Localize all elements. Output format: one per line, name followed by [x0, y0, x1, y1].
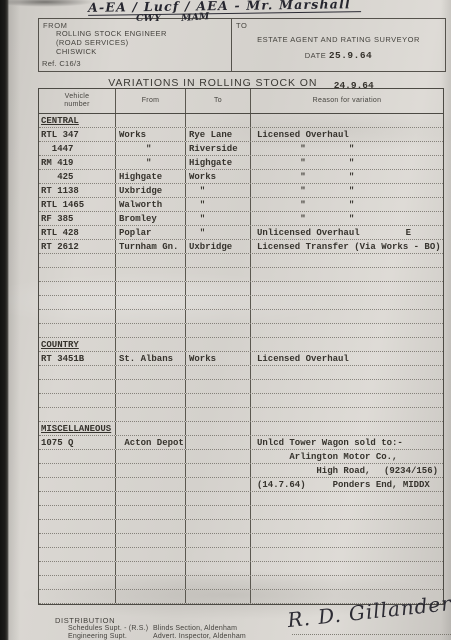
from-line-3: CHISWICK [56, 47, 167, 56]
date-value: 25.9.64 [329, 50, 372, 61]
table-row: 425HighgateWorks " " [39, 170, 443, 184]
table-row: 1447 "Riverside " " [39, 142, 443, 156]
to-cell [186, 268, 251, 281]
section-heading: CENTRAL [41, 116, 115, 126]
to-cell [186, 310, 251, 323]
to-cell: Uxbridge [186, 240, 251, 253]
vehicle-number-cell: 425 [39, 170, 116, 183]
from-cell [116, 590, 186, 603]
vehicle-number-cell [39, 254, 116, 267]
to-cell: " [186, 198, 251, 211]
blank-row [39, 394, 443, 408]
date-line: DATE 25.9.64 [232, 50, 445, 61]
from-cell: Turnham Gn. [116, 240, 186, 253]
from-cell [116, 338, 186, 351]
vehicle-number-cell [39, 534, 116, 547]
table-row: (14.7.64) Ponders End, MIDDX [39, 478, 443, 492]
distribution-column-2: Blinds Section, Aldenham Advert. Inspect… [153, 625, 246, 640]
from-cell [116, 310, 186, 323]
vehicle-number-cell [39, 548, 116, 561]
from-cell [116, 562, 186, 575]
from-cell [116, 296, 186, 309]
reason-cell [251, 394, 443, 407]
from-cell: " [116, 142, 186, 155]
from-cell [116, 478, 186, 491]
from-cell: Poplar [116, 226, 186, 239]
handwritten-initials-mam: MAM [181, 11, 210, 24]
section-row: CENTRAL [39, 114, 443, 128]
reason-text: " " [257, 200, 443, 210]
from-cell: Highgate [116, 170, 186, 183]
blank-row [39, 562, 443, 576]
from-cell [116, 394, 186, 407]
blank-row [39, 548, 443, 562]
from-cell [116, 268, 186, 281]
from-cell [116, 324, 186, 337]
table-row: RT 1138Uxbridge " " " [39, 184, 443, 198]
reason-cell: (14.7.64) Ponders End, MIDDX [251, 478, 443, 491]
distribution-column-1: Schedules Supt. - (R.S.) Engineering Sup… [68, 625, 148, 640]
vehicle-number-cell [39, 394, 116, 407]
from-cell [116, 366, 186, 379]
from-cell: Works [116, 128, 186, 141]
blank-row [39, 324, 443, 338]
reason-text: Licensed Overhaul [257, 354, 443, 364]
vehicle-number-cell: 1075 Q [39, 436, 116, 449]
to-cell [186, 394, 251, 407]
from-cell [116, 520, 186, 533]
blank-row [39, 506, 443, 520]
to-cell: " [186, 226, 251, 239]
blank-row [39, 366, 443, 380]
vehicle-number-cell: RTL 1465 [39, 198, 116, 211]
reason-cell: Licensed Overhaul [251, 128, 443, 141]
reason-cell: " " [251, 198, 443, 211]
reason-cell [251, 310, 443, 323]
reason-cell [251, 324, 443, 337]
to-cell [186, 380, 251, 393]
table-row: RTL 428Poplar "Unlicensed OverhaulE [39, 226, 443, 240]
vehicle-number-cell: RF 385 [39, 212, 116, 225]
blank-row [39, 296, 443, 310]
section-heading: COUNTRY [41, 340, 115, 350]
table-row: RTL 1465Walworth " " " [39, 198, 443, 212]
from-cell [116, 506, 186, 519]
vehicle-number-cell [39, 366, 116, 379]
vehicle-number-cell [39, 506, 116, 519]
vehicle-number-cell [39, 324, 116, 337]
vehicle-number-cell [39, 408, 116, 421]
from-cell: Walworth [116, 198, 186, 211]
reason-cell: High Road,(9234/156) [251, 464, 443, 477]
blank-row [39, 268, 443, 282]
vehicle-number-cell [39, 268, 116, 281]
vehicle-number-cell [39, 576, 116, 589]
to-cell [186, 562, 251, 575]
blank-row [39, 408, 443, 422]
reason-cell: Licensed Transfer (Via Works - BO) [251, 240, 443, 253]
reason-cell [251, 548, 443, 561]
reason-text: (14.7.64) Ponders End, MIDDX [257, 480, 443, 490]
reason-cell [251, 366, 443, 379]
from-cell: " [116, 156, 186, 169]
blank-row [39, 310, 443, 324]
column-header-to: To [186, 89, 251, 113]
table-row: RT 3451BSt. AlbansWorksLicensed Overhaul [39, 352, 443, 366]
vehicle-number-cell [39, 310, 116, 323]
from-panel: FROM ROLLING STOCK ENGINEER (ROAD SERVIC… [39, 19, 232, 71]
to-cell: " [186, 184, 251, 197]
from-cell: Bromley [116, 212, 186, 225]
blank-row [39, 492, 443, 506]
column-header-reason: Reason for variation [251, 89, 443, 113]
distribution-item: Engineering Supt. [68, 633, 148, 640]
from-cell [116, 464, 186, 477]
reason-cell [251, 422, 443, 435]
reason-cell [251, 534, 443, 547]
table-row: 1075 Q Acton DepotUnlcd Tower Wagon sold… [39, 436, 443, 450]
to-cell [186, 282, 251, 295]
reason-cell: " " [251, 170, 443, 183]
variations-table: Vehicle number From To Reason for variat… [38, 88, 444, 605]
column-header-vehicle-number: Vehicle number [39, 89, 116, 113]
vehicle-number-cell [39, 450, 116, 463]
to-cell [186, 450, 251, 463]
column-header-from: From [116, 89, 186, 113]
reason-cell [251, 268, 443, 281]
to-cell [186, 408, 251, 421]
reason-text: " " [257, 214, 443, 224]
blank-row [39, 576, 443, 590]
from-to-header-box: FROM ROLLING STOCK ENGINEER (ROAD SERVIC… [38, 18, 446, 72]
reason-text: Arlington Motor Co., [257, 452, 443, 462]
from-cell [116, 548, 186, 561]
vehicle-number-cell: CENTRAL [39, 114, 116, 127]
vehicle-number-cell [39, 492, 116, 505]
reason-cell: Licensed Overhaul [251, 352, 443, 365]
to-cell: Works [186, 352, 251, 365]
reason-cell [251, 492, 443, 505]
from-cell: Uxbridge [116, 184, 186, 197]
reason-annotation: E [406, 228, 438, 238]
reason-cell [251, 562, 443, 575]
to-cell [186, 478, 251, 491]
vehicle-number-cell: RM 419 [39, 156, 116, 169]
reason-cell [251, 576, 443, 589]
vehicle-number-cell [39, 464, 116, 477]
vehicle-number-cell [39, 380, 116, 393]
to-cell [186, 590, 251, 603]
to-cell [186, 324, 251, 337]
to-cell [186, 464, 251, 477]
to-recipient: ESTATE AGENT AND RATING SURVEYOR [232, 35, 445, 44]
reason-text: Unlcd Tower Wagon sold to:- [257, 438, 443, 448]
to-cell [186, 114, 251, 127]
reason-cell: Arlington Motor Co., [251, 450, 443, 463]
from-line-1: ROLLING STOCK ENGINEER [56, 29, 167, 38]
to-cell [186, 422, 251, 435]
vehicle-number-cell: RT 2612 [39, 240, 116, 253]
blank-row [39, 282, 443, 296]
section-row: MISCELLANEOUS [39, 422, 443, 436]
reason-text: " " [257, 186, 443, 196]
reason-text: " " [257, 172, 443, 182]
table-body: CENTRALRTL 347WorksRye LaneLicensed Over… [39, 114, 443, 604]
reason-text: Licensed Transfer (Via Works - BO) [257, 242, 443, 252]
to-cell [186, 366, 251, 379]
vehicle-number-cell: 1447 [39, 142, 116, 155]
to-label: TO [236, 21, 247, 30]
reason-text: " " [257, 144, 443, 154]
date-label: DATE [305, 51, 326, 60]
handwritten-routing-note: A-EA / Lucf / AEA - Mr. Marshall [88, 0, 361, 16]
reason-cell [251, 296, 443, 309]
vehicle-number-cell: MISCELLANEOUS [39, 422, 116, 435]
table-row: Arlington Motor Co., [39, 450, 443, 464]
from-address: ROLLING STOCK ENGINEER (ROAD SERVICES) C… [56, 29, 167, 56]
blank-row [39, 534, 443, 548]
reason-cell: " " [251, 212, 443, 225]
scanned-document-page: A-EA / Lucf / AEA - Mr. Marshall CWY MAM… [0, 0, 451, 640]
handwritten-initials-cwy: CWY [136, 13, 161, 24]
distribution-item: Advert. Inspector, Aldenham [153, 633, 246, 640]
reason-cell: " " [251, 156, 443, 169]
to-cell: Highgate [186, 156, 251, 169]
to-cell [186, 338, 251, 351]
to-cell: Works [186, 170, 251, 183]
to-cell [186, 576, 251, 589]
to-cell: Riverside [186, 142, 251, 155]
to-cell: Rye Lane [186, 128, 251, 141]
to-cell [186, 548, 251, 561]
signature-line [292, 634, 451, 635]
blank-row [39, 520, 443, 534]
reason-cell [251, 282, 443, 295]
to-panel: TO ESTATE AGENT AND RATING SURVEYOR DATE… [232, 19, 445, 71]
distribution-label: DISTRIBUTION [55, 616, 115, 625]
to-cell [186, 492, 251, 505]
reason-cell [251, 338, 443, 351]
reason-cell [251, 520, 443, 533]
table-row: RM 419 "Highgate " " [39, 156, 443, 170]
reason-cell: " " [251, 142, 443, 155]
reference-number: Ref. C16/3 [42, 59, 81, 68]
to-cell [186, 436, 251, 449]
reason-text: Licensed Overhaul [257, 130, 443, 140]
to-cell [186, 296, 251, 309]
scan-edge-shadow [0, 0, 9, 640]
table-row: RF 385Bromley " " " [39, 212, 443, 226]
table-row: High Road,(9234/156) [39, 464, 443, 478]
table-header-row: Vehicle number From To Reason for variat… [39, 89, 443, 114]
vehicle-number-cell [39, 296, 116, 309]
distribution-item: Blinds Section, Aldenham [153, 625, 246, 633]
reason-cell: Unlcd Tower Wagon sold to:- [251, 436, 443, 449]
from-cell [116, 492, 186, 505]
to-cell: " [186, 212, 251, 225]
reason-cell: " " [251, 184, 443, 197]
from-cell [116, 534, 186, 547]
from-cell [116, 114, 186, 127]
from-cell [116, 408, 186, 421]
vehicle-number-cell: COUNTRY [39, 338, 116, 351]
from-cell: Acton Depot [116, 436, 186, 449]
from-cell [116, 380, 186, 393]
vehicle-number-cell [39, 562, 116, 575]
reason-cell [251, 114, 443, 127]
vehicle-number-cell: RT 1138 [39, 184, 116, 197]
reason-cell [251, 380, 443, 393]
reason-cell [251, 506, 443, 519]
vehicle-number-cell: RTL 347 [39, 128, 116, 141]
to-cell [186, 520, 251, 533]
table-row: RT 2612Turnham Gn.UxbridgeLicensed Trans… [39, 240, 443, 254]
blank-row [39, 380, 443, 394]
reason-cell [251, 254, 443, 267]
vehicle-number-cell [39, 590, 116, 603]
blank-row [39, 254, 443, 268]
section-heading: MISCELLANEOUS [41, 424, 115, 434]
vehicle-number-cell [39, 478, 116, 491]
reason-text: " " [257, 158, 443, 168]
from-cell: St. Albans [116, 352, 186, 365]
table-row: RTL 347WorksRye LaneLicensed Overhaul [39, 128, 443, 142]
from-line-2: (ROAD SERVICES) [56, 38, 167, 47]
from-cell [116, 422, 186, 435]
to-cell [186, 534, 251, 547]
vehicle-number-cell: RTL 428 [39, 226, 116, 239]
from-cell [116, 254, 186, 267]
from-cell [116, 576, 186, 589]
vehicle-number-cell: RT 3451B [39, 352, 116, 365]
from-cell [116, 282, 186, 295]
to-cell [186, 254, 251, 267]
reason-cell: Unlicensed OverhaulE [251, 226, 443, 239]
vehicle-number-cell [39, 282, 116, 295]
vehicle-number-cell [39, 520, 116, 533]
section-row: COUNTRY [39, 338, 443, 352]
from-cell [116, 450, 186, 463]
distribution-item: Schedules Supt. - (R.S.) [68, 625, 148, 633]
reason-cell [251, 408, 443, 421]
reason-annotation: (9234/156) [384, 466, 438, 476]
to-cell [186, 506, 251, 519]
